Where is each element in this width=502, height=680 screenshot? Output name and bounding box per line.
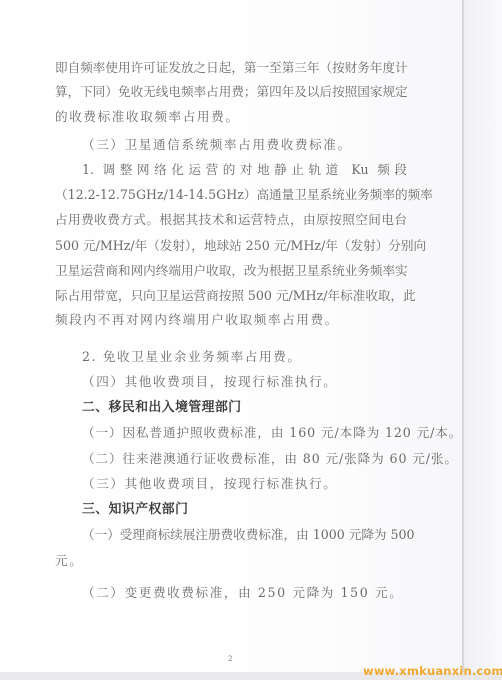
subsection-heading: （四）其他收费项目，按现行标准执行。 xyxy=(82,374,434,390)
text-line: （一）受理商标续展注册费收费标准，由 1000 元降为 500 xyxy=(82,527,407,543)
text-line: 占用费收费方式。根据其技术和运营特点，由原按照空间电台 xyxy=(55,212,407,228)
text-line: 际占用带宽，只向卫星运营商按照 500 元/MHz/年标准收取，此 xyxy=(55,288,407,304)
text-line: 的收费标准收取频率占用费。 xyxy=(55,109,407,125)
background-margin xyxy=(464,0,502,672)
text-line: （三）其他收费项目，按现行标准执行。 xyxy=(82,476,434,492)
section-heading: 三、知识产权部门 xyxy=(82,502,434,518)
text-line: （二）往来港澳通行证收费标准，由 80 元/张降为 60 元/张。 xyxy=(82,451,434,467)
text-line: （一）因私普通护照收费标准，由 160 元/本降为 120 元/本。 xyxy=(82,425,434,441)
section-heading: 二、移民和出入境管理部门 xyxy=(82,400,434,416)
text-line: 元。 xyxy=(55,553,407,569)
text-line: 算，下同）免收无线电频率占用费；第四年及以后按照国家规定 xyxy=(55,84,407,100)
page-number: 2 xyxy=(228,655,232,663)
document-page xyxy=(0,0,463,672)
text-line: 频段内不再对网内终端用户收取频率占用费。 xyxy=(55,312,407,328)
subsection-heading: （三）卫星通信系统频率占用费收费标准。 xyxy=(82,137,434,153)
text-line: 2. 免收卫星业余业务频率占用费。 xyxy=(82,349,434,365)
watermark: www.xmkuanxin.com xyxy=(363,664,502,678)
text-line: （二）变更费收费标准，由 250 元降为 150 元。 xyxy=(82,585,434,601)
text-line: 即自频率使用许可证发放之日起，第一至第三年（按财务年度计 xyxy=(55,60,407,76)
text-line: （12.2-12.75GHz/14-14.5GHz）高通量卫星系统业务频率的频率 xyxy=(55,187,407,203)
text-line: 1. 调整网络化运营的对地静止轨道 Ku 频段 xyxy=(82,162,407,178)
text-line: 卫星运营商和网内终端用户收取，改为根据卫星系统业务频率实 xyxy=(55,263,407,279)
text-line: 500 元/MHz/年（发射），地球站 250 元/MHz/年（发射）分别向 xyxy=(55,238,407,254)
